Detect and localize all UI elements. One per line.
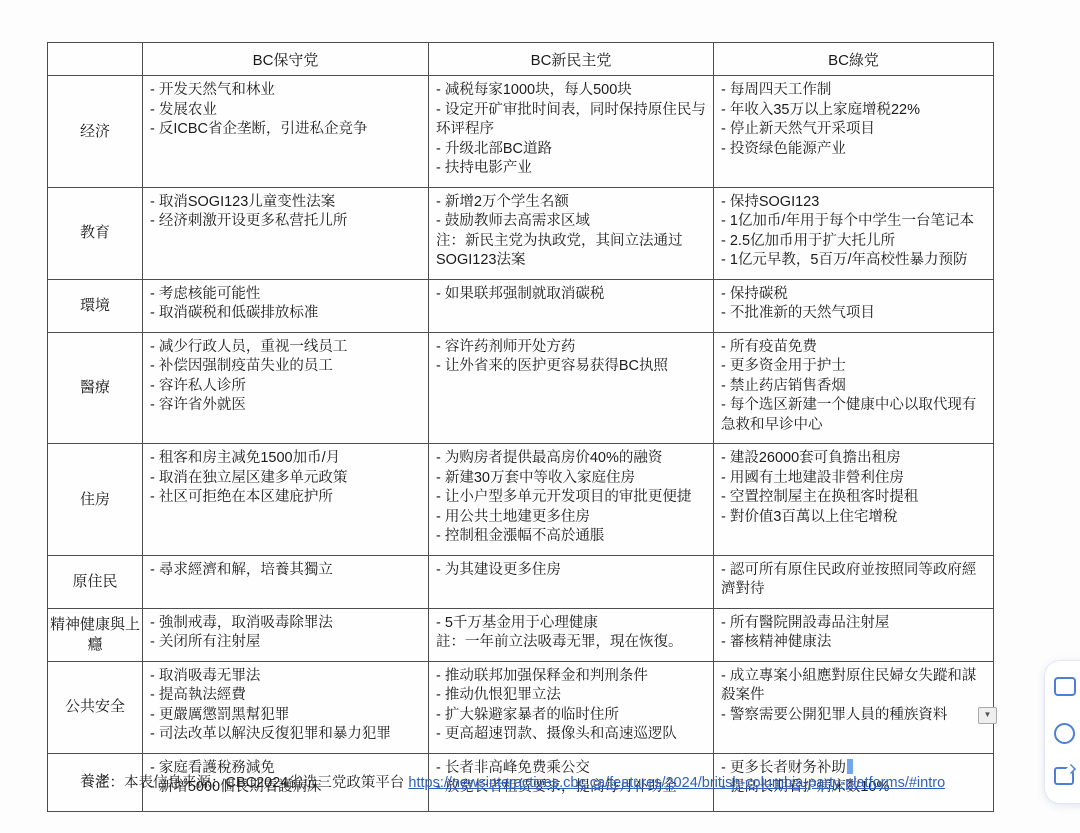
policy-cell-conservative: - 减少行政人员，重视一线员工- 补偿因强制疫苗失业的员工- 容许私人诊所- 容… — [143, 332, 429, 444]
policy-line: - 所有醫院開設毒品注射屋 — [721, 614, 986, 634]
policy-line: - 更多资金用于护士 — [721, 357, 986, 377]
policy-line: - 禁止药店销售香烟 — [721, 377, 986, 397]
category-cell: 精神健康與上癮 — [48, 608, 143, 661]
policy-line: - 容许药剂师开处方药 — [436, 338, 706, 358]
source-note-text: 注：本表信息来源：CBC2024省选三党政策平台 — [95, 775, 408, 791]
policy-line: - 容许私人诊所 — [150, 377, 421, 397]
policy-line: - 租客和房主减免1500加币/月 — [150, 449, 421, 469]
category-cell: 教育 — [48, 187, 143, 279]
category-cell: 環境 — [48, 279, 143, 332]
policy-cell-green: - 每周四天工作制- 年收入35万以上家庭增税22%- 停止新天然气开采项目- … — [714, 76, 994, 188]
policy-cell-ndp: - 5千万基金用于心理健康註：一年前立法吸毒无罪，現在恢復。 — [429, 608, 714, 661]
header-bc-ndp: BC新民主党 — [429, 43, 714, 76]
policy-line: - 减少行政人员，重视一线员工 — [150, 338, 421, 358]
policy-cell-green: - 保持SOGI123- 1亿加币/年用于每个中学生一台笔记本- 2.5亿加币用… — [714, 187, 994, 279]
policy-line: - 用公共土地建更多住房 — [436, 508, 706, 528]
policy-line: - 取消SOGI123儿童变性法案 — [150, 193, 421, 213]
policy-line: - 用國有土地建設非營利住房 — [721, 469, 986, 489]
policy-line: - 審核精神健康法 — [721, 633, 986, 653]
policy-line: - 保持碳税 — [721, 285, 986, 305]
policy-line: - 更高超速罚款、摄像头和高速巡逻队 — [436, 725, 706, 745]
table-row: 教育- 取消SOGI123儿童变性法案- 经济刺激开设更多私营托儿所- 新增2万… — [48, 187, 994, 279]
policy-line: - 新增2万个学生名额 — [436, 193, 706, 213]
policy-cell-conservative: - 考虑核能可能性- 取消碳税和低碳排放标准 — [143, 279, 429, 332]
policy-cell-green: - 所有疫苗免费- 更多资金用于护士- 禁止药店销售香烟- 每个选区新建一个健康… — [714, 332, 994, 444]
emoji-icon[interactable] — [1054, 723, 1075, 744]
policy-line: - 2.5亿加币用于扩大托儿所 — [721, 232, 986, 252]
policy-cell-ndp: - 容许药剂师开处方药- 让外省来的医护更容易获得BC执照 — [429, 332, 714, 444]
policy-line: - 更嚴厲懲罰黑幫犯罪 — [150, 706, 421, 726]
table-row: 住房- 租客和房主减免1500加币/月- 取消在独立屋区建多单元政策- 社区可拒… — [48, 444, 994, 556]
policy-line: - 警察需要公開犯罪人員的種族資料 — [721, 706, 986, 726]
policy-line: - 反ICBC省企垄断，引进私企竞争 — [150, 120, 421, 140]
policy-line: - 控制租金漲幅不高於通脹 — [436, 527, 706, 547]
category-cell: 经济 — [48, 76, 143, 188]
comment-icon[interactable] — [1054, 677, 1076, 696]
source-note: 注：本表信息来源：CBC2024省选三党政策平台 https://newsint… — [95, 771, 945, 792]
policy-cell-conservative: - 取消SOGI123儿童变性法案- 经济刺激开设更多私营托儿所 — [143, 187, 429, 279]
policy-line: - 成立專案小組應對原住民婦女失蹤和謀殺案件 — [721, 667, 986, 706]
policy-line: - 让小户型多单元开发项目的审批更便捷 — [436, 488, 706, 508]
policy-cell-ndp: - 新增2万个学生名额- 鼓励教师去高需求区域注：新民主党为执政党，其间立法通过… — [429, 187, 714, 279]
policy-line: - 社区可拒绝在本区建庇护所 — [150, 488, 421, 508]
policy-line: - 1亿加币/年用于每个中学生一台笔记本 — [721, 212, 986, 232]
policy-line: - 每周四天工作制 — [721, 81, 986, 101]
policy-line: - 推动联邦加强保释金和判刑条件 — [436, 667, 706, 687]
policy-line: - 让外省来的医护更容易获得BC执照 — [436, 357, 706, 377]
policy-line: - 新建30万套中等收入家庭住房 — [436, 469, 706, 489]
policy-line: - 提高執法經費 — [150, 686, 421, 706]
policy-cell-green: - 認可所有原住民政府並按照同等政府經濟對待 — [714, 555, 994, 608]
table-row: 公共安全- 取消吸毒无罪法- 提高執法經費- 更嚴厲懲罰黑幫犯罪- 司法改革以解… — [48, 661, 994, 753]
policy-cell-conservative: - 取消吸毒无罪法- 提高執法經費- 更嚴厲懲罰黑幫犯罪- 司法改革以解決反復犯… — [143, 661, 429, 753]
policy-cell-green: - 保持碳税- 不批准新的天然气项目 — [714, 279, 994, 332]
table-row: 精神健康與上癮- 強制戒毒，取消吸毒除罪法- 关闭所有注射屋- 5千万基金用于心… — [48, 608, 994, 661]
policy-line: - 司法改革以解決反復犯罪和暴力犯罪 — [150, 725, 421, 745]
policy-line: - 扩大躲避家暴者的临时住所 — [436, 706, 706, 726]
policy-cell-ndp: - 为购房者提供最高房价40%的融资- 新建30万套中等收入家庭住房- 让小户型… — [429, 444, 714, 556]
policy-line: 注：新民主党为执政党，其间立法通过SOGI123法案 — [436, 232, 706, 271]
policy-cell-ndp: - 为其建设更多住房 — [429, 555, 714, 608]
category-cell: 醫療 — [48, 332, 143, 444]
category-cell: 住房 — [48, 444, 143, 556]
policy-line: - 投资绿色能源产业 — [721, 140, 986, 160]
policy-line: - 建設26000套可負擔出租房 — [721, 449, 986, 469]
party-policy-table-container: BC保守党 BC新民主党 BC綠党 经济- 开发天然气和林业- 发展农业- 反I… — [47, 42, 994, 812]
policy-line: - 停止新天然气开采项目 — [721, 120, 986, 140]
policy-cell-green: - 建設26000套可負擔出租房- 用國有土地建設非營利住房- 空置控制屋主在换… — [714, 444, 994, 556]
category-cell: 公共安全 — [48, 661, 143, 753]
policy-table-body: 经济- 开发天然气和林业- 发展农业- 反ICBC省企垄断，引进私企竞争- 减税… — [48, 76, 994, 812]
policy-line: - 鼓励教师去高需求区域 — [436, 212, 706, 232]
policy-line: - 容许省外就医 — [150, 396, 421, 416]
policy-line: 註：一年前立法吸毒无罪，現在恢復。 — [436, 633, 706, 653]
policy-line: - 取消吸毒无罪法 — [150, 667, 421, 687]
policy-cell-ndp: - 推动联邦加强保释金和判刑条件- 推动仇恨犯罪立法- 扩大躲避家暴者的临时住所… — [429, 661, 714, 753]
header-bc-green: BC綠党 — [714, 43, 994, 76]
policy-line: - 减税每家1000块，每人500块 — [436, 81, 706, 101]
policy-line: - 尋求經濟和解，培養其獨立 — [150, 561, 421, 581]
policy-cell-conservative: - 开发天然气和林业- 发展农业- 反ICBC省企垄断，引进私企竞争 — [143, 76, 429, 188]
floating-toolbar — [1044, 660, 1080, 804]
policy-line: - 認可所有原住民政府並按照同等政府經濟對待 — [721, 561, 986, 600]
policy-line: - 经济刺激开设更多私营托儿所 — [150, 212, 421, 232]
policy-line: - 设定开矿审批时间表，同时保持原住民与环评程序 — [436, 101, 706, 140]
policy-line: - 取消碳税和低碳排放标准 — [150, 304, 421, 324]
policy-cell-ndp: - 减税每家1000块，每人500块- 设定开矿审批时间表，同时保持原住民与环评… — [429, 76, 714, 188]
category-cell: 原住民 — [48, 555, 143, 608]
table-row: 環境- 考虑核能可能性- 取消碳税和低碳排放标准- 如果联邦强制就取消碳税- 保… — [48, 279, 994, 332]
header-bc-conservative: BC保守党 — [143, 43, 429, 76]
header-category — [48, 43, 143, 76]
policy-line: - 對价值3百萬以上住宅增稅 — [721, 508, 986, 528]
policy-line: - 所有疫苗免费 — [721, 338, 986, 358]
policy-cell-conservative: - 租客和房主减免1500加币/月- 取消在独立屋区建多单元政策- 社区可拒绝在… — [143, 444, 429, 556]
dropdown-arrow-button[interactable]: ▼ — [978, 707, 997, 724]
table-row: 经济- 开发天然气和林业- 发展农业- 反ICBC省企垄断，引进私企竞争- 减税… — [48, 76, 994, 188]
header-row: BC保守党 BC新民主党 BC綠党 — [48, 43, 994, 76]
table-row: 原住民- 尋求經濟和解，培養其獨立- 为其建设更多住房- 認可所有原住民政府並按… — [48, 555, 994, 608]
policy-line: - 开发天然气和林业 — [150, 81, 421, 101]
table-row: 醫療- 减少行政人员，重视一线员工- 补偿因强制疫苗失业的员工- 容许私人诊所-… — [48, 332, 994, 444]
policy-line: - 年收入35万以上家庭增税22% — [721, 101, 986, 121]
policy-line: - 为其建设更多住房 — [436, 561, 706, 581]
policy-line: - 为购房者提供最高房价40%的融资 — [436, 449, 706, 469]
policy-line: - 发展农业 — [150, 101, 421, 121]
policy-line: - 保持SOGI123 — [721, 193, 986, 213]
policy-line: - 1亿元早教，5百万/年高校性暴力预防 — [721, 251, 986, 271]
source-link[interactable]: https://newsinteractives.cbc.ca/features… — [408, 775, 945, 791]
policy-line: - 升级北部BC道路 — [436, 140, 706, 160]
policy-line: - 推动仇恨犯罪立法 — [436, 686, 706, 706]
policy-line: - 关闭所有注射屋 — [150, 633, 421, 653]
share-icon[interactable] — [1054, 767, 1074, 785]
policy-line: - 不批准新的天然气项目 — [721, 304, 986, 324]
policy-cell-green: - 所有醫院開設毒品注射屋- 審核精神健康法 — [714, 608, 994, 661]
policy-line: - 补偿因强制疫苗失业的员工 — [150, 357, 421, 377]
policy-cell-conservative: - 強制戒毒，取消吸毒除罪法- 关闭所有注射屋 — [143, 608, 429, 661]
policy-line: - 每个选区新建一个健康中心以取代现有急救和早诊中心 — [721, 396, 986, 435]
policy-line: - 空置控制屋主在换租客时提租 — [721, 488, 986, 508]
policy-line: - 強制戒毒，取消吸毒除罪法 — [150, 614, 421, 634]
policy-line: - 考虑核能可能性 — [150, 285, 421, 305]
policy-cell-ndp: - 如果联邦强制就取消碳税 — [429, 279, 714, 332]
party-policy-table: BC保守党 BC新民主党 BC綠党 经济- 开发天然气和林业- 发展农业- 反I… — [47, 42, 994, 812]
policy-line: - 如果联邦强制就取消碳税 — [436, 285, 706, 305]
policy-line: - 5千万基金用于心理健康 — [436, 614, 706, 634]
policy-line: - 扶持电影产业 — [436, 159, 706, 179]
policy-cell-conservative: - 尋求經濟和解，培養其獨立 — [143, 555, 429, 608]
policy-line: - 取消在独立屋区建多单元政策 — [150, 469, 421, 489]
policy-cell-green: - 成立專案小組應對原住民婦女失蹤和謀殺案件- 警察需要公開犯罪人員的種族資料 — [714, 661, 994, 753]
